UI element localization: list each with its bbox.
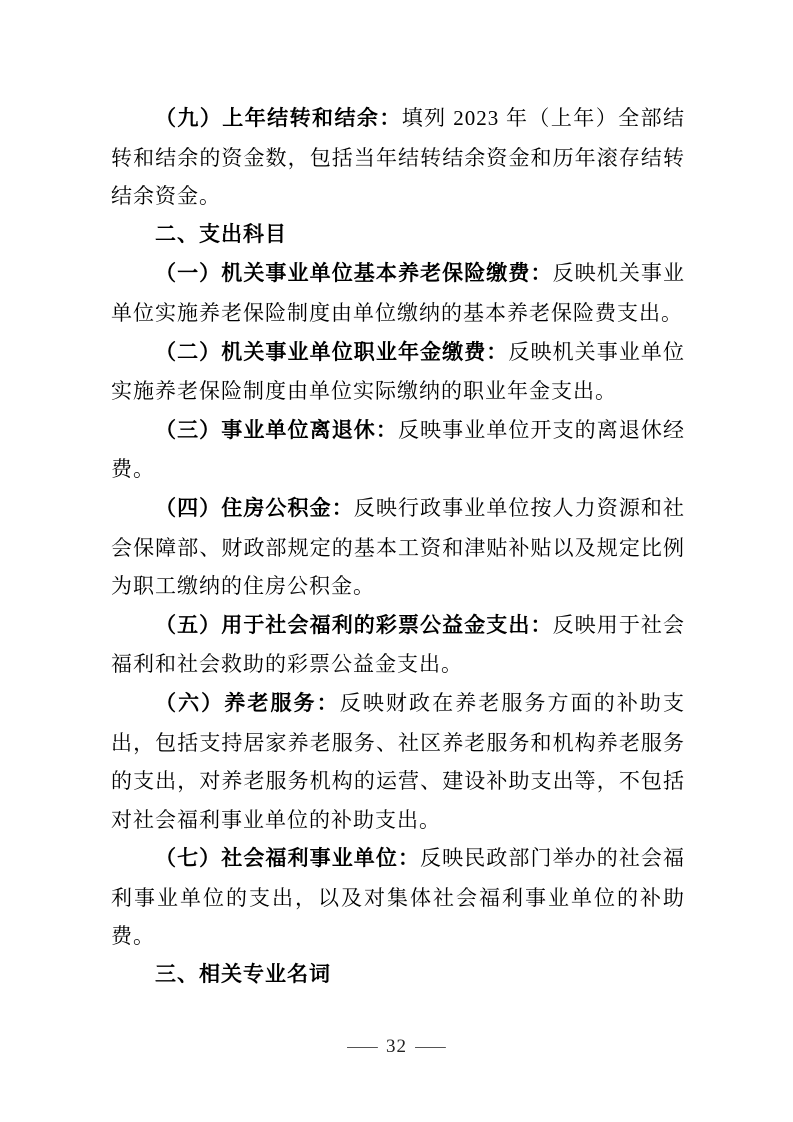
paragraph-6-elderly-service: （六）养老服务：反映财政在养老服务方面的补助支出，包括支持居家养老服务、社区养老… bbox=[111, 684, 685, 839]
paragraph-5-lottery-welfare: （五）用于社会福利的彩票公益金支出：反映用于社会福利和社会救助的彩票公益金支出。 bbox=[111, 606, 685, 684]
paragraph-2-annuity: （二）机关事业单位职业年金缴费：反映机关事业单位实施养老保险制度由单位实际缴纳的… bbox=[111, 333, 685, 411]
footer-dash-right: — bbox=[415, 1036, 445, 1058]
paragraph-lead: （三）事业单位离退休： bbox=[155, 419, 398, 442]
paragraph-lead: （五）用于社会福利的彩票公益金支出： bbox=[155, 614, 553, 637]
page-number: 32 bbox=[386, 1036, 407, 1057]
paragraph-7-welfare-units: （七）社会福利事业单位：反映民政部门举办的社会福利事业单位的支出，以及对集体社会… bbox=[111, 839, 685, 956]
page-footer: —32— bbox=[0, 1036, 793, 1058]
paragraph-3-retirement: （三）事业单位离退休：反映事业单位开支的离退休经费。 bbox=[111, 411, 685, 489]
paragraph-4-housing-fund: （四）住房公积金：反映行政事业单位按人力资源和社会保障部、财政部规定的基本工资和… bbox=[111, 489, 685, 606]
section-heading-expenditure: 二、支出科目 bbox=[111, 216, 685, 255]
paragraph-lead: （六）养老服务： bbox=[155, 692, 340, 715]
paragraph-lead: （九）上年结转和结余： bbox=[155, 107, 402, 130]
paragraph-lead: （一）机关事业单位基本养老保险缴费： bbox=[155, 262, 553, 285]
paragraph-lead: （七）社会福利事业单位： bbox=[155, 847, 420, 870]
paragraph-9-carryover: （九）上年结转和结余：填列 2023 年（上年）全部结转和结余的资金数，包括当年… bbox=[111, 99, 685, 216]
paragraph-1-basic-pension: （一）机关事业单位基本养老保险缴费：反映机关事业单位实施养老保险制度由单位缴纳的… bbox=[111, 254, 685, 332]
paragraph-lead: （四）住房公积金： bbox=[155, 497, 354, 520]
document-body: （九）上年结转和结余：填列 2023 年（上年）全部结转和结余的资金数，包括当年… bbox=[111, 99, 685, 995]
paragraph-lead: （二）机关事业单位职业年金缴费： bbox=[155, 341, 508, 364]
section-heading-terms: 三、相关专业名词 bbox=[111, 956, 685, 995]
footer-dash-left: — bbox=[347, 1036, 377, 1058]
